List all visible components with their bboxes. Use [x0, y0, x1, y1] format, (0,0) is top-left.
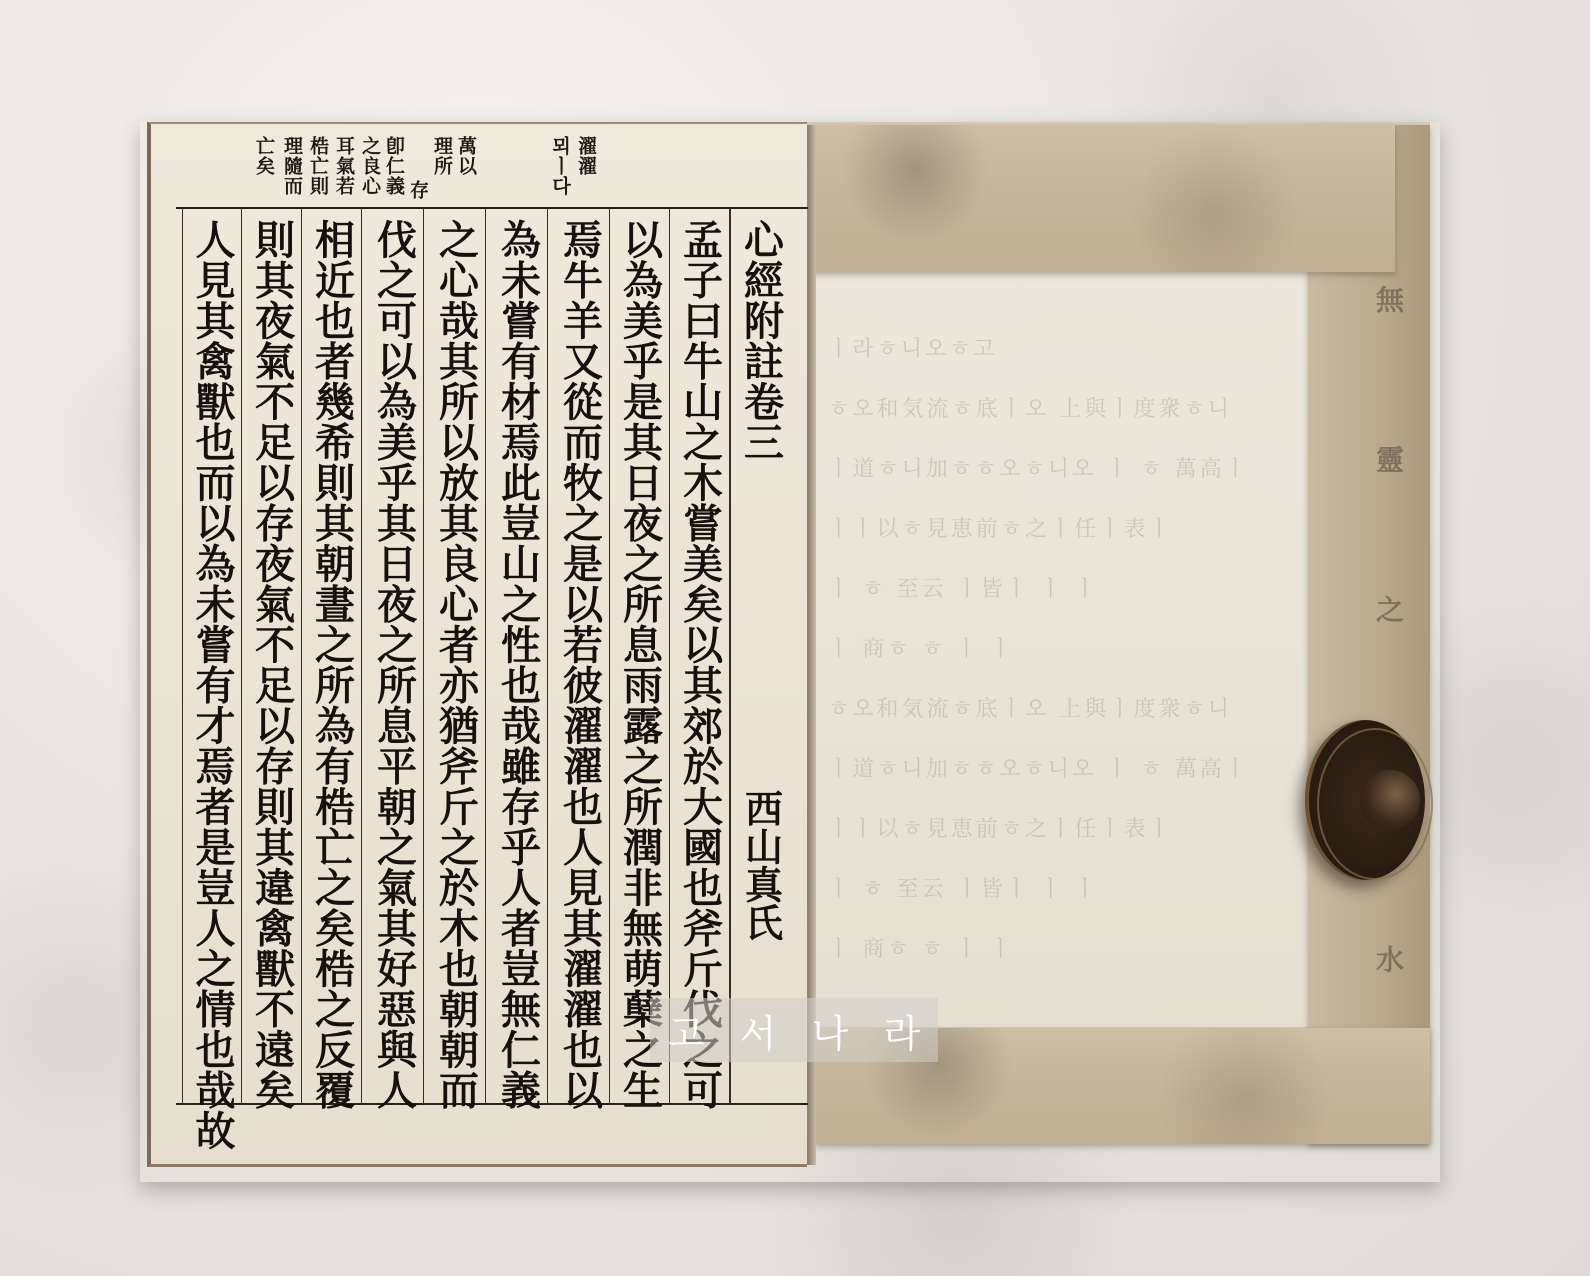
header-note: 梏亡則	[307, 136, 329, 196]
ghost-text-line: ㅣ라ㅎ니오ㅎ고	[828, 332, 1308, 358]
header-note: 亡矣	[253, 136, 275, 176]
text-column: 以為美乎是其日夜之所息雨露之所潤非無萌蘖之生	[610, 209, 670, 1103]
column-text: 人見其禽獸也而以為未嘗有才焉者是豈人之情也哉故	[190, 219, 234, 1151]
watermark: 고 서 나 라	[650, 998, 938, 1062]
strip-text: 之	[1368, 595, 1408, 629]
title-column: 心經附註卷三 西山真氏	[730, 209, 790, 1103]
column-text: 孟子曰牛山之木嘗美矣以其郊於大國也斧斤伐之可	[678, 219, 722, 1110]
ghost-text-line: ㅣ 商ㅎ ㅎ ㅣ ㅣ	[828, 932, 1308, 958]
column-text: 則其夜氣不足以存夜氣不足以存則其違禽獸不遠矣	[250, 219, 294, 1110]
header-note: 理所	[431, 136, 453, 176]
watermark-char: 나	[812, 1003, 849, 1058]
text-column: 伐之可以為美乎其日夜之所息平朝之氣其好惡與人	[364, 209, 424, 1103]
text-column: 人見其禽獸也而以為未嘗有才焉者是豈人之情也哉故	[182, 209, 242, 1103]
watermark-char: 고	[668, 1003, 705, 1058]
header-note: 耳氣若	[333, 136, 355, 196]
ghost-text-line: ㅎ오和気流ㅎ底ㅣ오 上與ㅣ度衆ㅎ니	[828, 392, 1308, 418]
header-note: 之良心	[359, 136, 381, 196]
ghost-text-line: ㅣ道ㅎ니加ㅎㅎ오ㅎ니오 ㅣ ㅎ 萬高ㅣ	[828, 752, 1308, 778]
text-column: 相近也者幾希則其朝晝之所為有梏亡之矣梏之反覆	[302, 209, 362, 1103]
author-name: 西山真氏	[740, 789, 782, 941]
text-column: 則其夜氣不足以存夜氣不足以存則其違禽獸不遠矣	[242, 209, 302, 1103]
header-note: 뫼ㅣ다	[549, 136, 571, 196]
column-text: 伐之可以為美乎其日夜之所息平朝之氣其好惡與人	[372, 219, 416, 1110]
ghost-text-line: ㅎ오和気流ㅎ底ㅣ오 上與ㅣ度衆ㅎ니	[828, 692, 1308, 718]
text-column: 孟子曰牛山之木嘗美矣以其郊於大國也斧斤伐之可	[670, 209, 730, 1103]
wrapper-strip-right: 無 靈 之 水	[1308, 125, 1430, 1144]
text-frame: 心經附註卷三 西山真氏 孟子曰牛山之木嘗美矣以其郊於大國也斧斤伐之可 以為美乎是…	[186, 207, 790, 1105]
strip-text: 無	[1368, 285, 1408, 319]
ghost-text-line: ㅣ 商ㅎ ㅎ ㅣ ㅣ	[828, 632, 1308, 658]
strip-text: 靈	[1368, 445, 1408, 479]
watermark-char: 라	[884, 1003, 921, 1058]
chapter-title: 心經附註卷三	[739, 219, 783, 462]
text-column: 焉牛羊又從而牧之是以若彼濯濯也人見其濯濯也以	[550, 209, 610, 1103]
text-column: 之心哉其所以放其良心者亦猶斧斤之於木也朝朝而	[426, 209, 486, 1103]
right-page: ㅣ라ㅎ니오ㅎ고 ㅎ오和気流ㅎ底ㅣ오 上與ㅣ度衆ㅎ니 ㅣ道ㅎ니加ㅎㅎ오ㅎ니오 ㅣ …	[805, 272, 1318, 1027]
ghost-text-line: ㅣ道ㅎ니加ㅎㅎ오ㅎ니오 ㅣ ㅎ 萬高ㅣ	[828, 452, 1308, 478]
text-column: 為未嘗有材焉此豈山之性也哉雖存乎人者豈無仁義	[488, 209, 548, 1103]
weight-knob	[1360, 770, 1420, 830]
header-notes: 濯濯 뫼ㅣ다 萬以 理所 存 卽仁義 之良心 耳氣若 梏亡則 理隨而 亡矣	[157, 128, 805, 206]
header-note: 濯濯	[575, 136, 597, 176]
column-text: 焉牛羊又從而牧之是以若彼濯濯也人見其濯濯也以	[558, 219, 602, 1110]
header-note: 萬以	[455, 136, 477, 176]
header-note: 存	[407, 180, 429, 200]
column-text: 以為美乎是其日夜之所息雨露之所潤非無萌蘖之生	[618, 219, 662, 1110]
ghost-text-line: ㅣ ㅎ 至云 ㅣ皆ㅣ ㅣ ㅣ	[828, 872, 1308, 898]
header-note: 理隨而	[281, 136, 303, 196]
ghost-text-line: ㅣ ㅎ 至云 ㅣ皆ㅣ ㅣ ㅣ	[828, 572, 1308, 598]
wrapper-strip-top	[795, 125, 1395, 272]
ghost-text-line: ㅣㅣ以ㅎ見恵前ㅎ之ㅣ任ㅣ表ㅣ	[828, 812, 1308, 838]
watermark-char: 서	[740, 1003, 777, 1058]
header-note: 卽仁義	[383, 136, 405, 196]
ghost-text-line: ㅣㅣ以ㅎ見恵前ㅎ之ㅣ任ㅣ表ㅣ	[828, 512, 1308, 538]
column-text: 為未嘗有材焉此豈山之性也哉雖存乎人者豈無仁義	[496, 219, 540, 1110]
strip-text: 水	[1368, 945, 1408, 979]
brass-paperweight	[1305, 720, 1425, 880]
column-text: 相近也者幾希則其朝晝之所為有梏亡之矣梏之反覆	[310, 219, 354, 1110]
column-text: 之心哉其所以放其良心者亦猶斧斤之於木也朝朝而	[434, 219, 478, 1110]
